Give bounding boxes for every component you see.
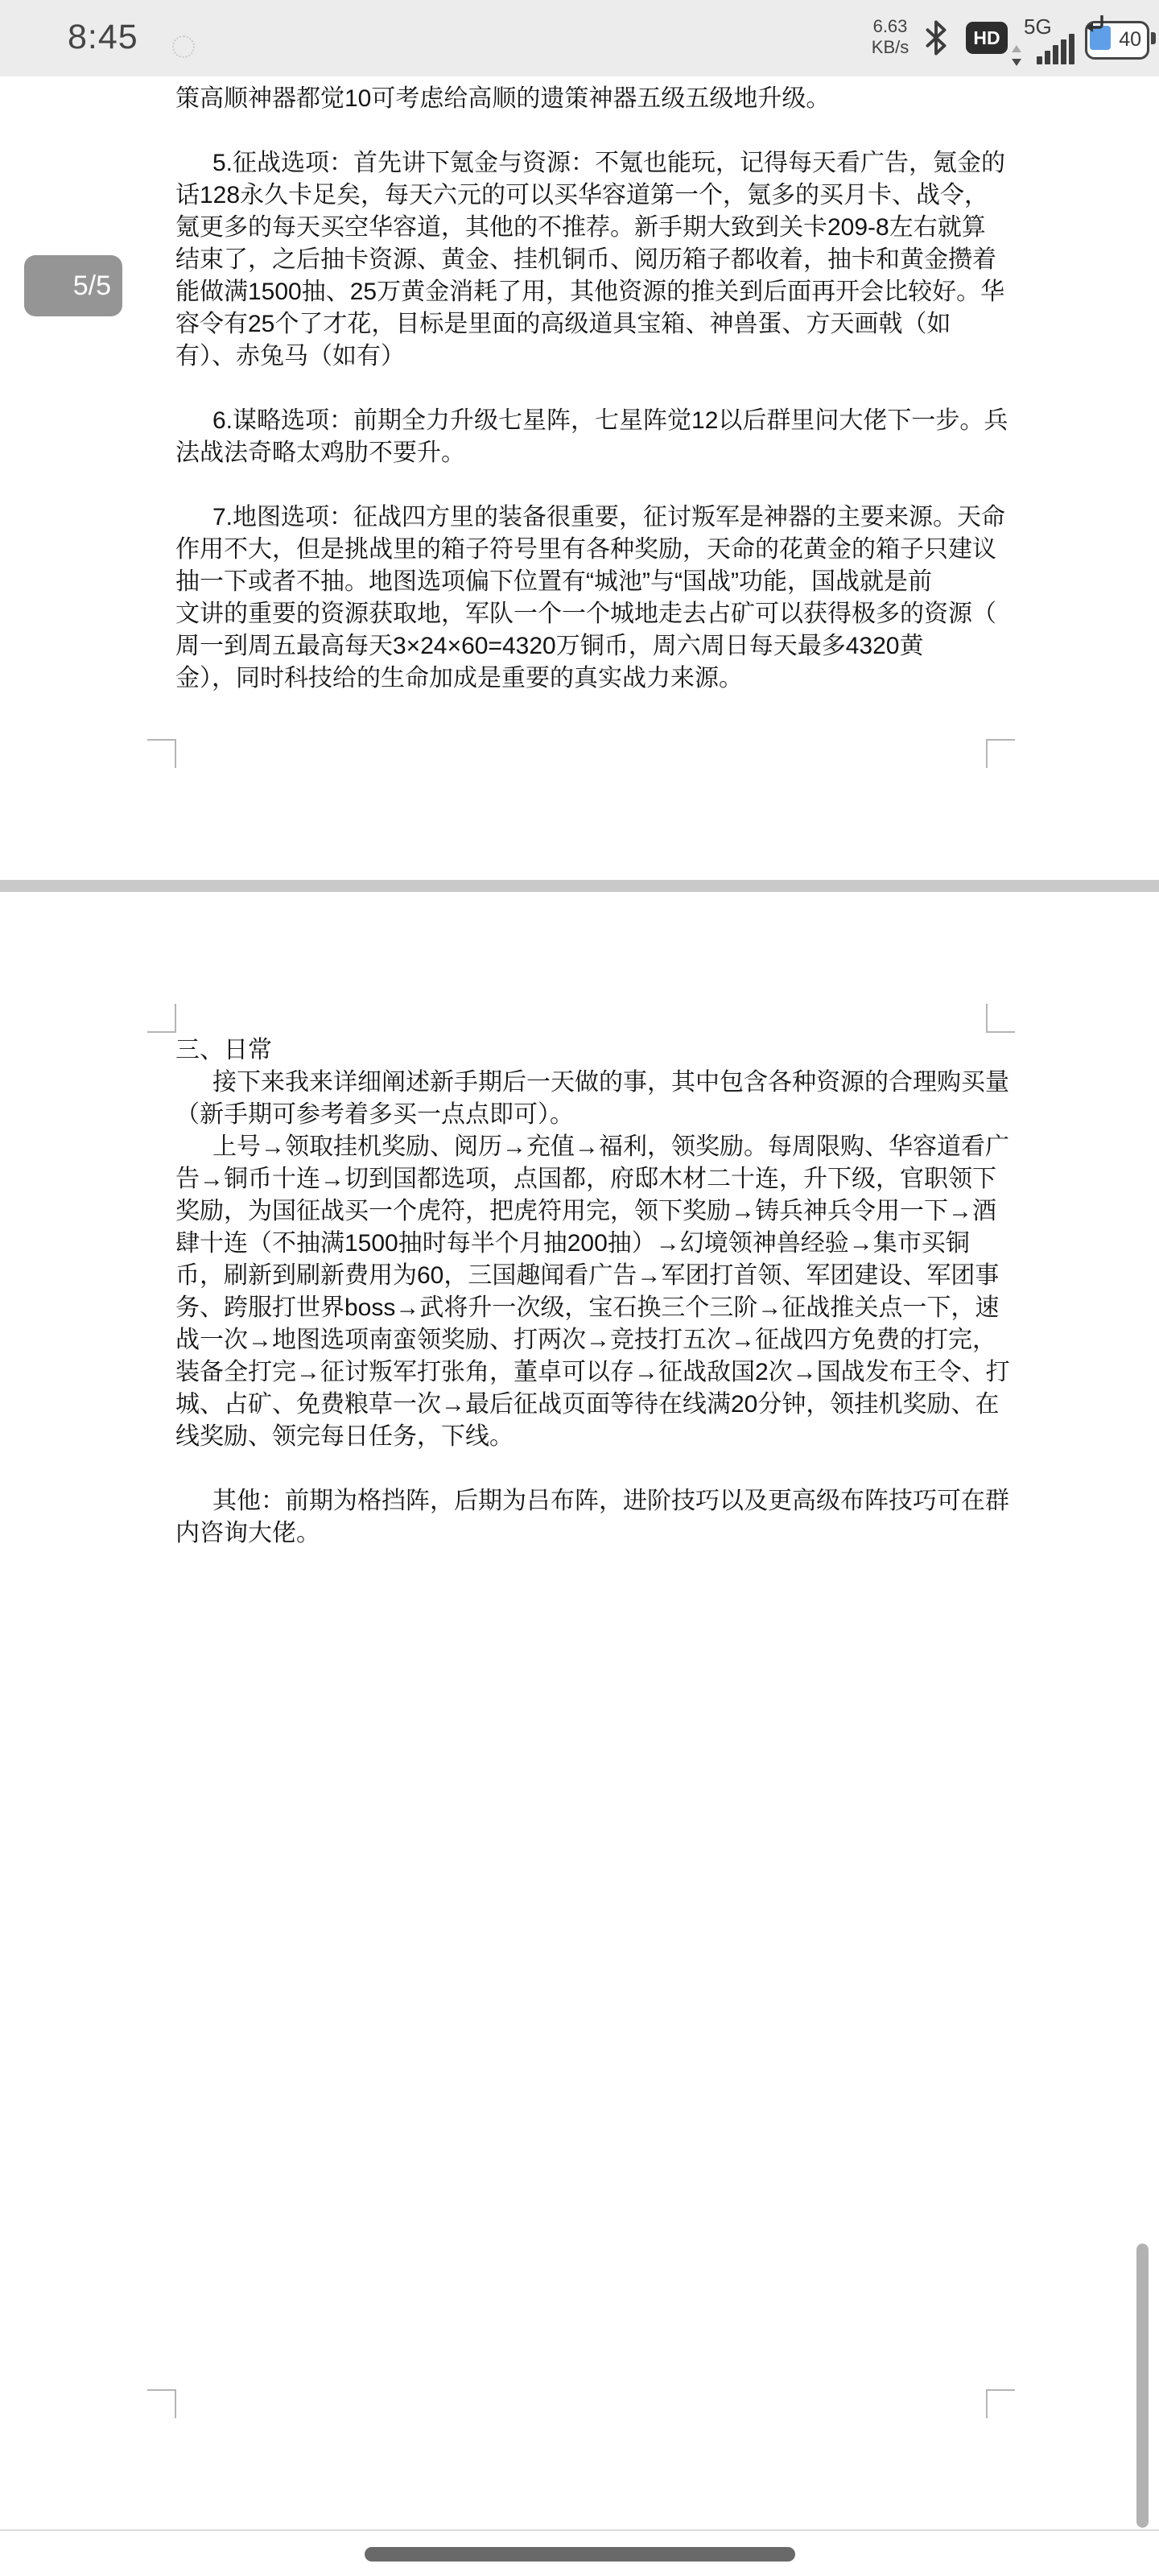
- text-line: 肆十连（不抽满1500抽时每半个月抽200抽）→幻境领神兽经验→集市买铜: [175, 1228, 970, 1260]
- text-line: 战一次→地图选项南蛮领奖励、打两次→竞技打五次→征战四方免费的打完，: [175, 1324, 996, 1356]
- text-line: 作用不大，但是挑战里的箱子符号里有各种奖励，天命的花黄金的箱子只建议: [175, 534, 996, 566]
- margin-corner-mark: [986, 2389, 1015, 2418]
- text-line: 三、日常: [175, 1034, 272, 1067]
- signal-arrows-icon: [1011, 45, 1022, 66]
- text-line: 话128永久卡足矣，每天六元的可以买华容道第一个，氪多的买月卡、战令，: [175, 180, 988, 212]
- text-line: 告→铜币十连→切到国都选项，点国都，府邸木材二十连，升下级，官职领下: [175, 1163, 996, 1195]
- text-line: 有）、赤兔马（如有）: [175, 341, 405, 373]
- charging-arrow-icon: [1084, 14, 1108, 42]
- text-line: 文讲的重要的资源获取地，军队一个一个城地走去占矿可以获得极多的资源（: [175, 598, 996, 630]
- signal-bars-icon: [1037, 31, 1080, 64]
- text-line: 装备全打完→征讨叛军打张角，董卓可以存→征战敌国2次→国战发布王令、打: [175, 1356, 1010, 1389]
- battery-icon: 40: [1085, 21, 1149, 60]
- margin-corner-mark: [147, 2389, 176, 2418]
- margin-corner-mark: [147, 1004, 176, 1033]
- text-line: 周一到周五最高每天3×24×60=4320万铜币，周六周日每天最多4320黄: [175, 630, 923, 663]
- text-line: 奖励，为国征战买一个虎符，把虎符用完，领下奖励→铸兵神兵令用一下→酒: [175, 1195, 996, 1228]
- network-speed-value: 6.63: [866, 16, 914, 37]
- text-line: 务、跨服打世界boss→武将升一次级，宝石换三个三阶→征战推关点一下，速: [175, 1292, 999, 1324]
- text-line: 抽一下或者不抽。地图选项偏下位置有“城池”与“国战”功能，国战就是前: [175, 566, 932, 598]
- text-line: 5.征战选项：首先讲下氪金与资源：不氪也能玩，记得每天看广告，氪金的: [175, 147, 1005, 180]
- text-line: 能做满1500抽、25万黄金消耗了用，其他资源的推关到后面再开会比较好。华: [175, 276, 1004, 308]
- text-line: 城、占矿、免费粮草一次→最后征战页面等待在线满20分钟，领挂机奖励、在: [175, 1389, 999, 1421]
- text-line: 接下来我来详细阐述新手期后一天做的事，其中包含各种资源的合理购买量: [175, 1067, 1009, 1099]
- text-line: 线奖励、领完每日任务，下线。: [175, 1421, 514, 1453]
- battery-cap: [1151, 32, 1156, 44]
- text-line: 金），同时科技给的生命加成是重要的真实战力来源。: [175, 663, 743, 695]
- text-line: 容令有25个了才花，目标是里面的高级道具宝箱、神兽蛋、方天画戟（如: [175, 308, 951, 341]
- clock-time: 8:45: [68, 18, 138, 57]
- text-line: 策高顺神器都觉10可考虑给高顺的遗策神器五级五级地升级。: [175, 83, 830, 115]
- text-line: 7.地图选项：征战四方里的装备很重要，征讨叛军是神器的主要来源。天命: [175, 502, 1005, 534]
- hd-icon: HD: [966, 22, 1008, 54]
- page-indicator-badge: 5/5: [24, 255, 122, 316]
- text-line: 币，刷新到刷新费用为60，三国趣闻看广告→军团打首领、军团建设、军团事: [175, 1260, 999, 1292]
- margin-corner-mark: [147, 739, 176, 768]
- alarm-icon: [172, 35, 195, 58]
- bluetooth-icon: [924, 19, 948, 60]
- status-bar: 8:45 6.63 KB/s HD 5G: [0, 0, 1159, 76]
- page-separator: [0, 880, 1159, 892]
- text-line: （新手期可参考着多买一点点即可）。: [175, 1099, 574, 1131]
- margin-corner-mark: [986, 739, 1015, 768]
- margin-corner-mark: [986, 1004, 1015, 1033]
- bottom-divider: [0, 2529, 1159, 2531]
- text-line: 其他：前期为格挡阵，后期为吕布阵，进阶技巧以及更高级布阵技巧可在群: [175, 1485, 1009, 1517]
- page-indicator-label: 5/5: [73, 270, 111, 302]
- scrollbar-thumb[interactable]: [1136, 2244, 1149, 2528]
- text-line: 内咨询大佬。: [175, 1517, 320, 1550]
- gesture-navigation-bar[interactable]: [365, 2547, 795, 2562]
- hd-label: HD: [973, 27, 1000, 49]
- text-line: 上号→领取挂机奖励、阅历→充值→福利，领奖励。每周限购、华容道看广: [175, 1131, 1009, 1163]
- battery-level: 40: [1119, 28, 1141, 52]
- text-line: 6.谋略选项：前期全力升级七星阵，七星阵觉12以后群里问大佬下一步。兵: [175, 405, 1008, 437]
- network-speed-unit: KB/s: [866, 37, 914, 58]
- network-speed: 6.63 KB/s: [866, 16, 914, 58]
- text-line: 结束了，之后抽卡资源、黄金、挂机铜币、阅历箱子都收着，抽卡和黄金攒着: [175, 244, 996, 276]
- text-line: 法战法奇略太鸡肋不要升。: [175, 437, 465, 469]
- text-line: 氪更多的每天买空华容道，其他的不推荐。新手期大致到关卡209-8左右就算: [175, 212, 986, 244]
- phone-screen: 8:45 6.63 KB/s HD 5G: [0, 0, 1159, 2576]
